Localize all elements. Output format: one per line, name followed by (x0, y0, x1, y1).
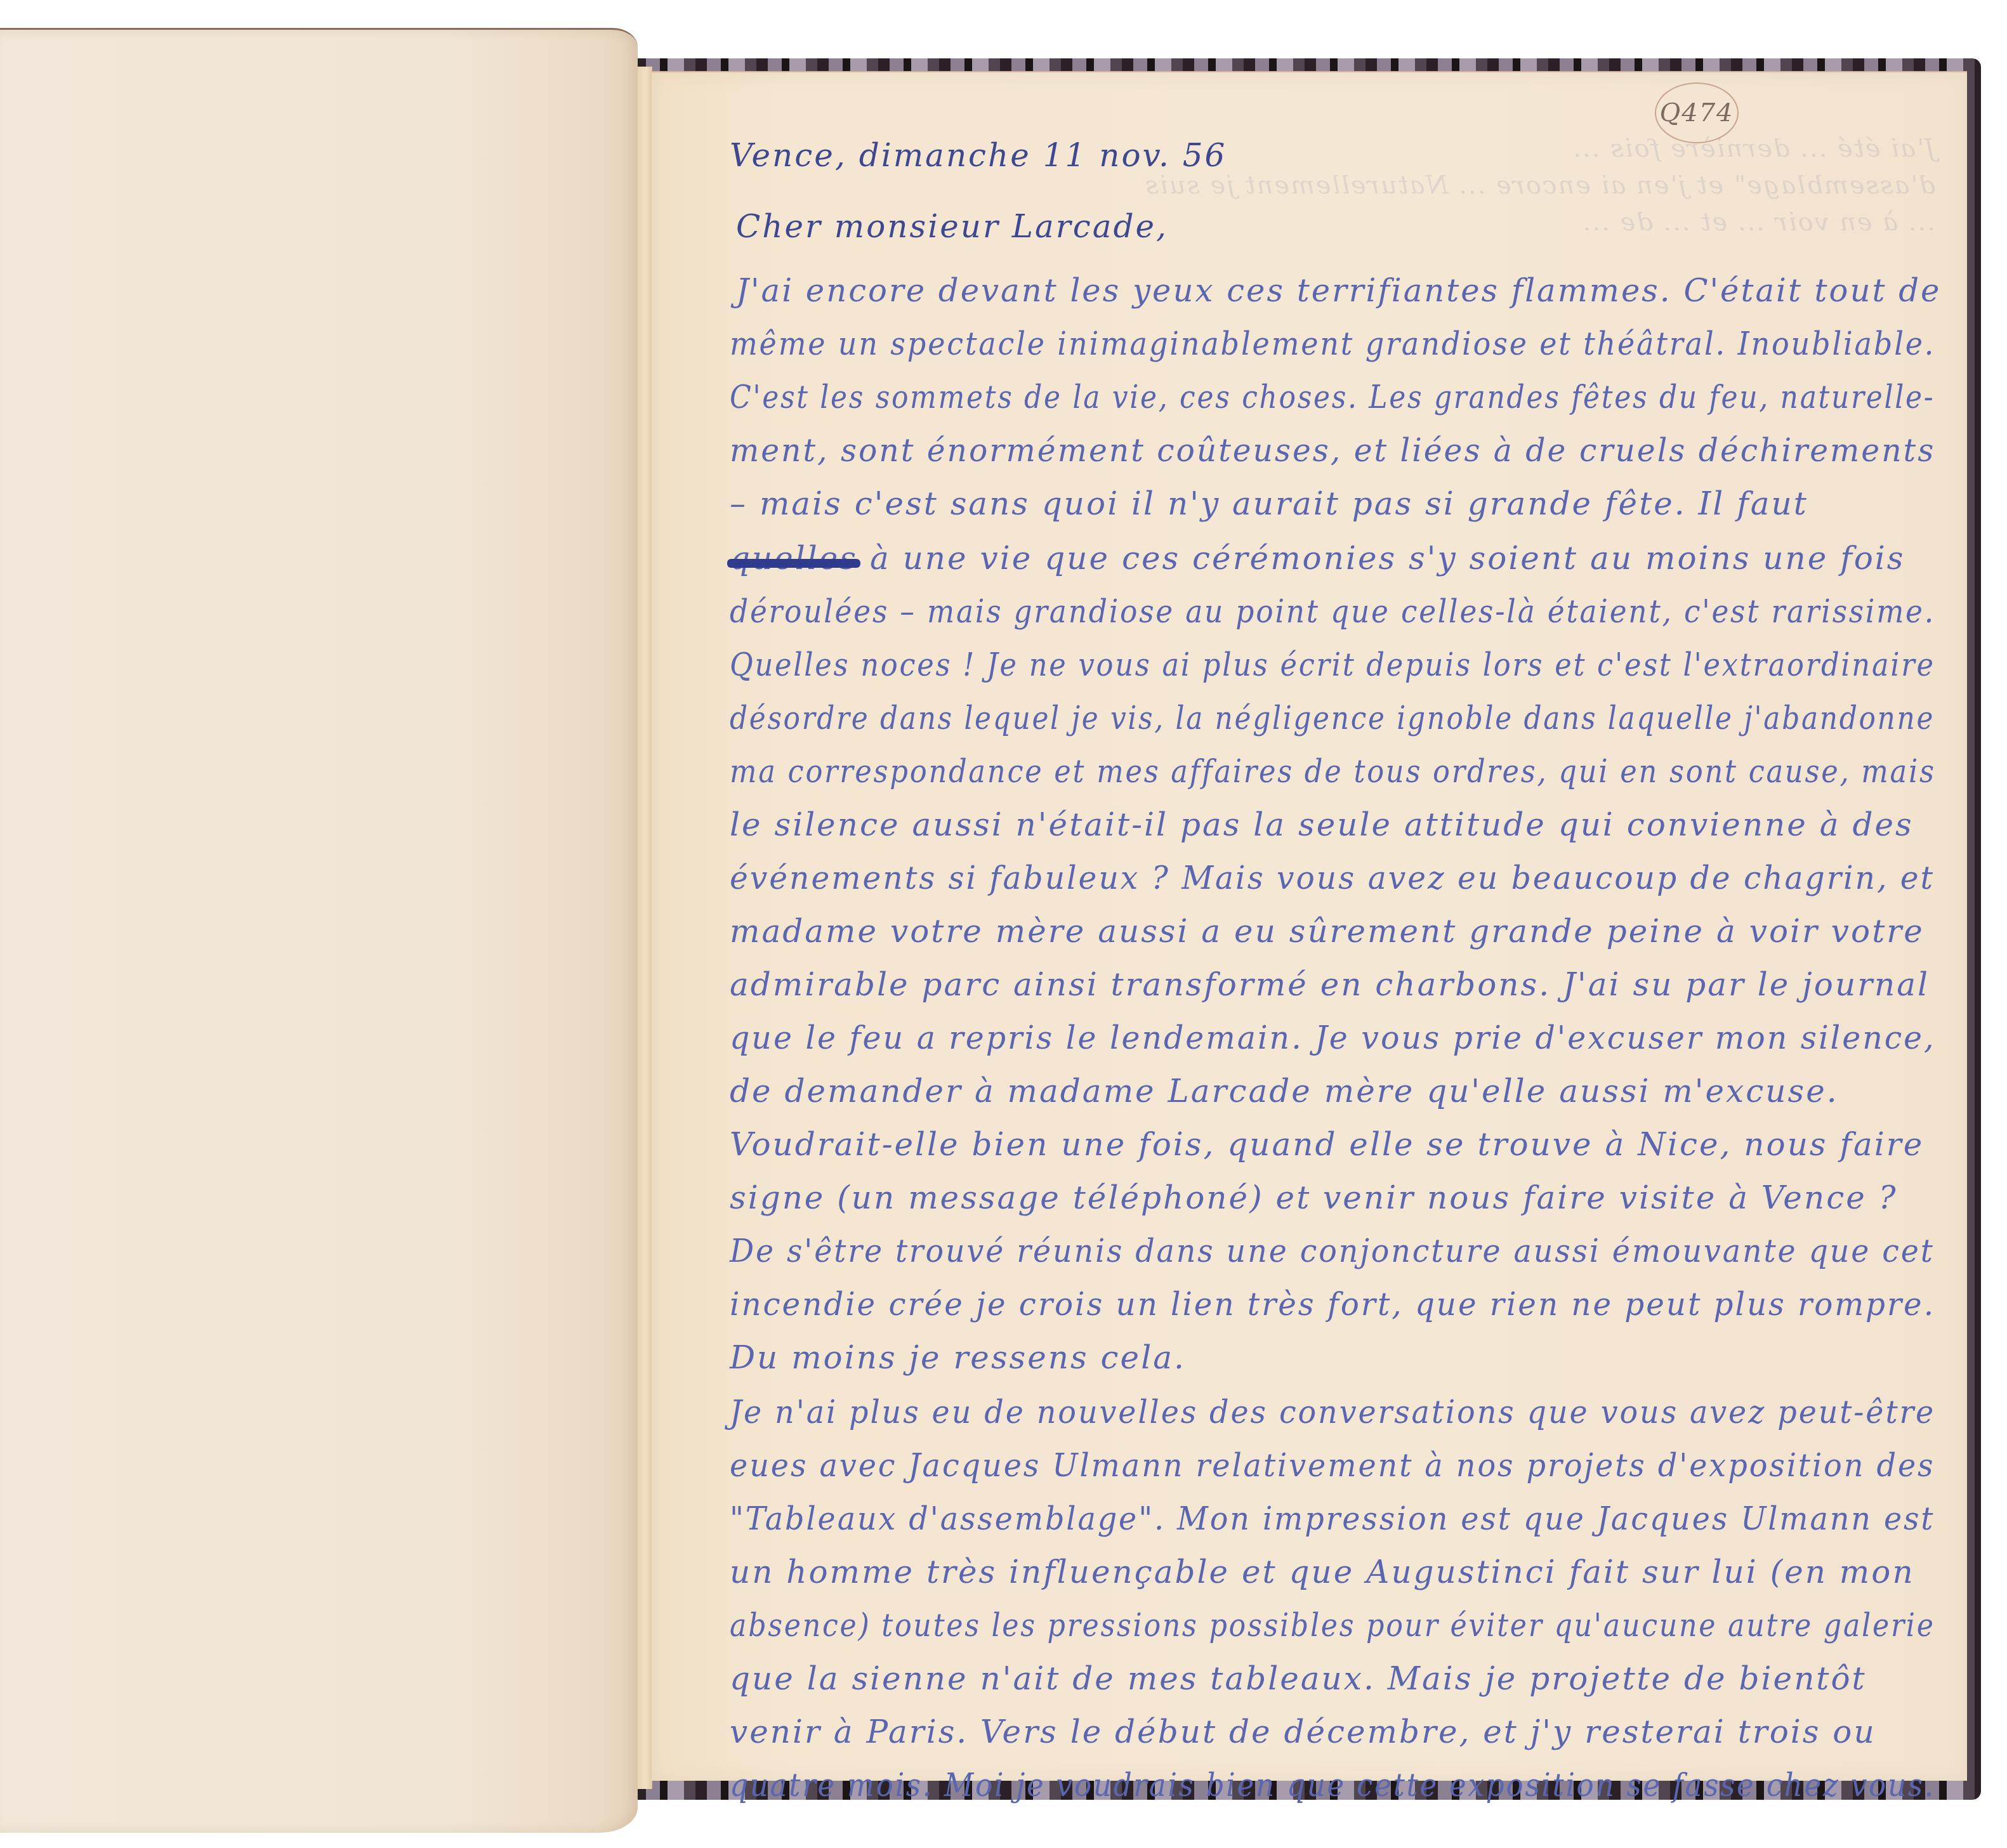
letter-line: incendie crée je crois un lien très fort… (730, 1285, 1935, 1323)
letter-line: J'ai encore devant les yeux ces terrifia… (736, 272, 1941, 310)
letter-line: "Tableaux d'assemblage". Mon impression … (730, 1500, 1935, 1538)
blank-left-page (0, 28, 638, 1833)
verso-bleed-through: J'ai été ... dernière fois ... d'assembl… (1206, 130, 1935, 240)
catalogue-number-circled: Q474 (1655, 82, 1739, 143)
letter-line: venir à Paris. Vers le début de décembre… (730, 1713, 1876, 1751)
letter-line: – mais c'est sans quoi il n'y aurait pas… (730, 485, 1808, 523)
letter-line: Je n'ai plus eu de nouvelles des convers… (730, 1393, 1935, 1431)
struck-word: quelles (730, 539, 858, 577)
salutation: Cher monsieur Larcade, (736, 207, 1168, 246)
letter-line: même un spectacle inimaginablement grand… (730, 325, 1935, 363)
letter-line: désordre dans lequel je vis, la négligen… (730, 699, 1935, 737)
dateline: Vence, dimanche 11 nov. 56 (730, 136, 1227, 174)
letter-line: signe (un message téléphoné) et venir no… (730, 1179, 1897, 1217)
letter-line: De s'être trouvé réunis dans une conjonc… (730, 1232, 1935, 1270)
letter-line: C'est les sommets de la vie, ces choses.… (730, 378, 1935, 416)
letter-line: quatre mois. Moi je voudrais bien que ce… (730, 1766, 1935, 1804)
letter-line: événements si fabuleux ? Mais vous avez … (730, 859, 1935, 897)
letter-line: absence) toutes les pressions possibles … (730, 1606, 1935, 1644)
letter-line: ment, sont énormément coûteuses, et liée… (730, 431, 1935, 469)
letter-line: un homme très influençable et que August… (730, 1553, 1915, 1591)
letter-line: de demander à madame Larcade mère qu'ell… (730, 1072, 1839, 1110)
letter-line-with-strikeout: quelles à une vie que ces cérémonies s'y… (730, 539, 1905, 577)
letter-line: Quelles noces ! Je ne vous ai plus écrit… (730, 646, 1935, 684)
letter-line: eues avec Jacques Ulmann relativement à … (730, 1446, 1935, 1484)
letter-line: déroulées – mais grandiose au point que … (730, 593, 1935, 631)
letter-line: admirable parc ainsi transformé en charb… (730, 966, 1930, 1004)
letter-line: ma correspondance et mes affaires de tou… (730, 752, 1936, 790)
letter-line: madame votre mère aussi a eu sûrement gr… (730, 912, 1925, 950)
spine-gutter (638, 67, 652, 1789)
letter-line: Voudrait-elle bien une fois, quand elle … (730, 1125, 1924, 1163)
letter-line: que le feu a repris le lendemain. Je vou… (730, 1019, 1936, 1057)
letter-line: Du moins je ressens cela. (730, 1339, 1186, 1377)
open-album: J'ai été ... dernière fois ... d'assembl… (0, 0, 2007, 1848)
letter-line-text: à une vie que ces cérémonies s'y soient … (870, 540, 1905, 577)
letter-line: le silence aussi n'était-il pas la seule… (730, 806, 1914, 844)
letter-line: que la sienne n'ait de mes tableaux. Mai… (730, 1660, 1867, 1698)
